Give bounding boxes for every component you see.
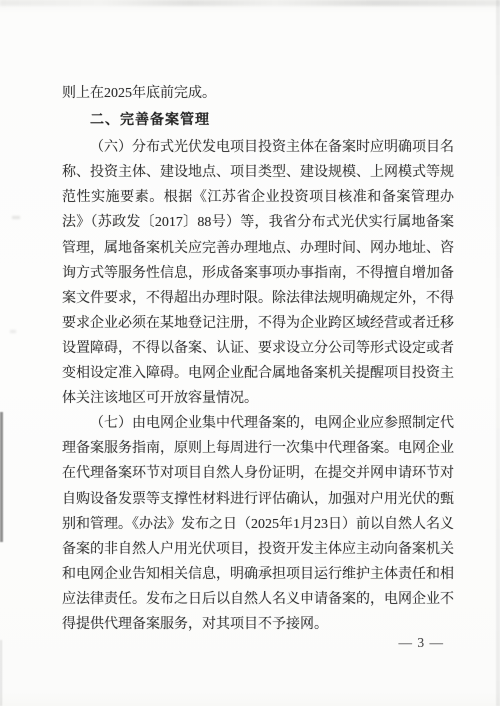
section-heading: 二、完善备案管理 (62, 106, 454, 135)
scan-edge-shadow-top (0, 0, 500, 6)
document-body-text: 则上在2025年底前完成。 二、完善备案管理 （六）分布式光伏发电项目投资主体在… (62, 81, 454, 637)
page-number: — 3 — (399, 635, 445, 651)
scan-edge-mark-left (0, 412, 3, 542)
scanned-document-page: 则上在2025年底前完成。 二、完善备案管理 （六）分布式光伏发电项目投资主体在… (0, 0, 500, 706)
scan-edge-shadow-right (496, 0, 500, 706)
scan-speck (10, 330, 16, 333)
paragraph-item-seven: （七）由电网企业集中代理备案的，电网企业应参照制定代理备案服务指南，原则上每周进… (62, 411, 454, 637)
paragraph-item-six: （六）分布式光伏发电项目投资主体在备案时应明确项目名称、投资主体、建设地点、项目… (62, 135, 454, 411)
scan-speck (12, 216, 20, 219)
continuation-line: 则上在2025年底前完成。 (62, 81, 454, 106)
scan-edge-shadow-bottom-left (0, 640, 2, 706)
